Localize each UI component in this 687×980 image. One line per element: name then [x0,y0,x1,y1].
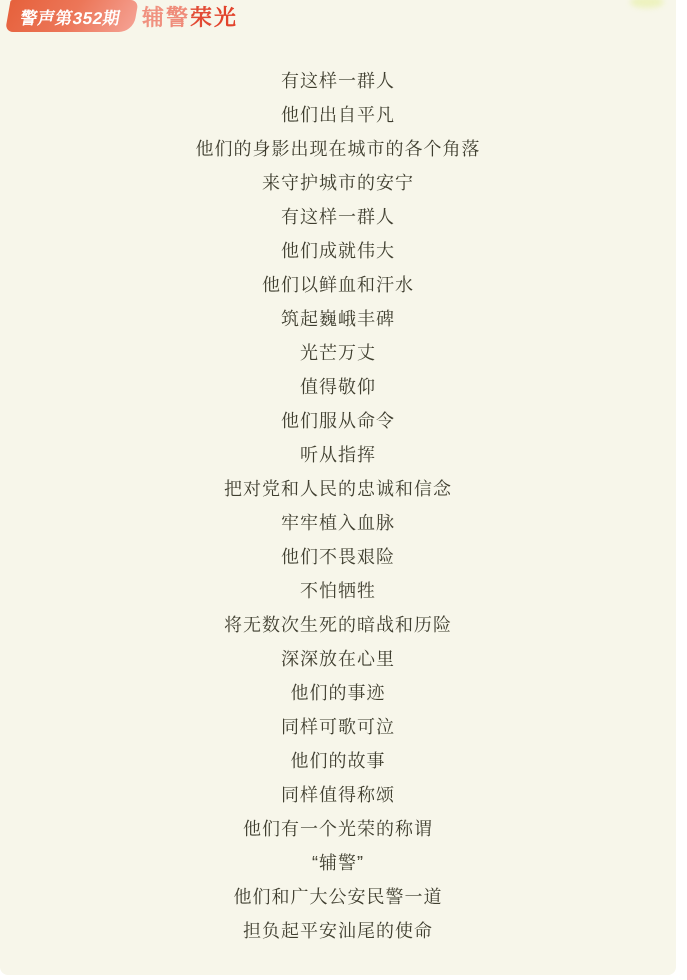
poem-line: 他们成就伟大 [0,234,676,268]
issue-badge-label: 警声第352期 [19,4,123,29]
poem-line: 他们和广大公安民警一道 [0,880,676,914]
decoration-smudge [630,0,664,8]
poem-line: 深深放在心里 [0,642,676,676]
poem-line: 听从指挥 [0,438,676,472]
poem-line: 他们以鲜血和汗水 [0,268,676,302]
poem-line: 不怕牺牲 [0,574,676,608]
poem-line: 有这样一群人 [0,64,676,98]
issue-badge: 警声第352期 [5,0,139,32]
poem-line: 光芒万丈 [0,336,676,370]
poem-line: 同样值得称颂 [0,778,676,812]
title-char: 辅 [142,5,166,30]
title-char: 光 [214,5,238,30]
poem-line: 他们的事迹 [0,676,676,710]
poem-line: 来守护城市的安宁 [0,166,676,200]
poem-line: 筑起巍峨丰碑 [0,302,676,336]
title-char: 荣 [190,5,214,30]
poem-line: 把对党和人民的忠诚和信念 [0,472,676,506]
poem-line: 有这样一群人 [0,200,676,234]
article-title: 辅警荣光 [142,5,238,31]
poem: 有这样一群人他们出自平凡他们的身影出现在城市的各个角落来守护城市的安宁有这样一群… [0,64,676,948]
poem-line: 同样可歌可泣 [0,710,676,744]
poem-line: 他们出自平凡 [0,98,676,132]
poem-line: 他们服从命令 [0,404,676,438]
poem-line: 他们的故事 [0,744,676,778]
poem-line: 他们不畏艰险 [0,540,676,574]
poem-line: 他们有一个光荣的称谓 [0,812,676,846]
poem-line: 他们的身影出现在城市的各个角落 [0,132,676,166]
article-page: 警声第352期 辅警荣光 有这样一群人他们出自平凡他们的身影出现在城市的各个角落… [0,0,676,975]
poem-line: 担负起平安汕尾的使命 [0,914,676,948]
article-viewport: 警声第352期 辅警荣光 有这样一群人他们出自平凡他们的身影出现在城市的各个角落… [0,0,687,980]
title-char: 警 [166,5,190,30]
poem-line: “辅警” [0,846,676,880]
poem-line: 值得敬仰 [0,370,676,404]
poem-line: 将无数次生死的暗战和历险 [0,608,676,642]
poem-line: 牢牢植入血脉 [0,506,676,540]
